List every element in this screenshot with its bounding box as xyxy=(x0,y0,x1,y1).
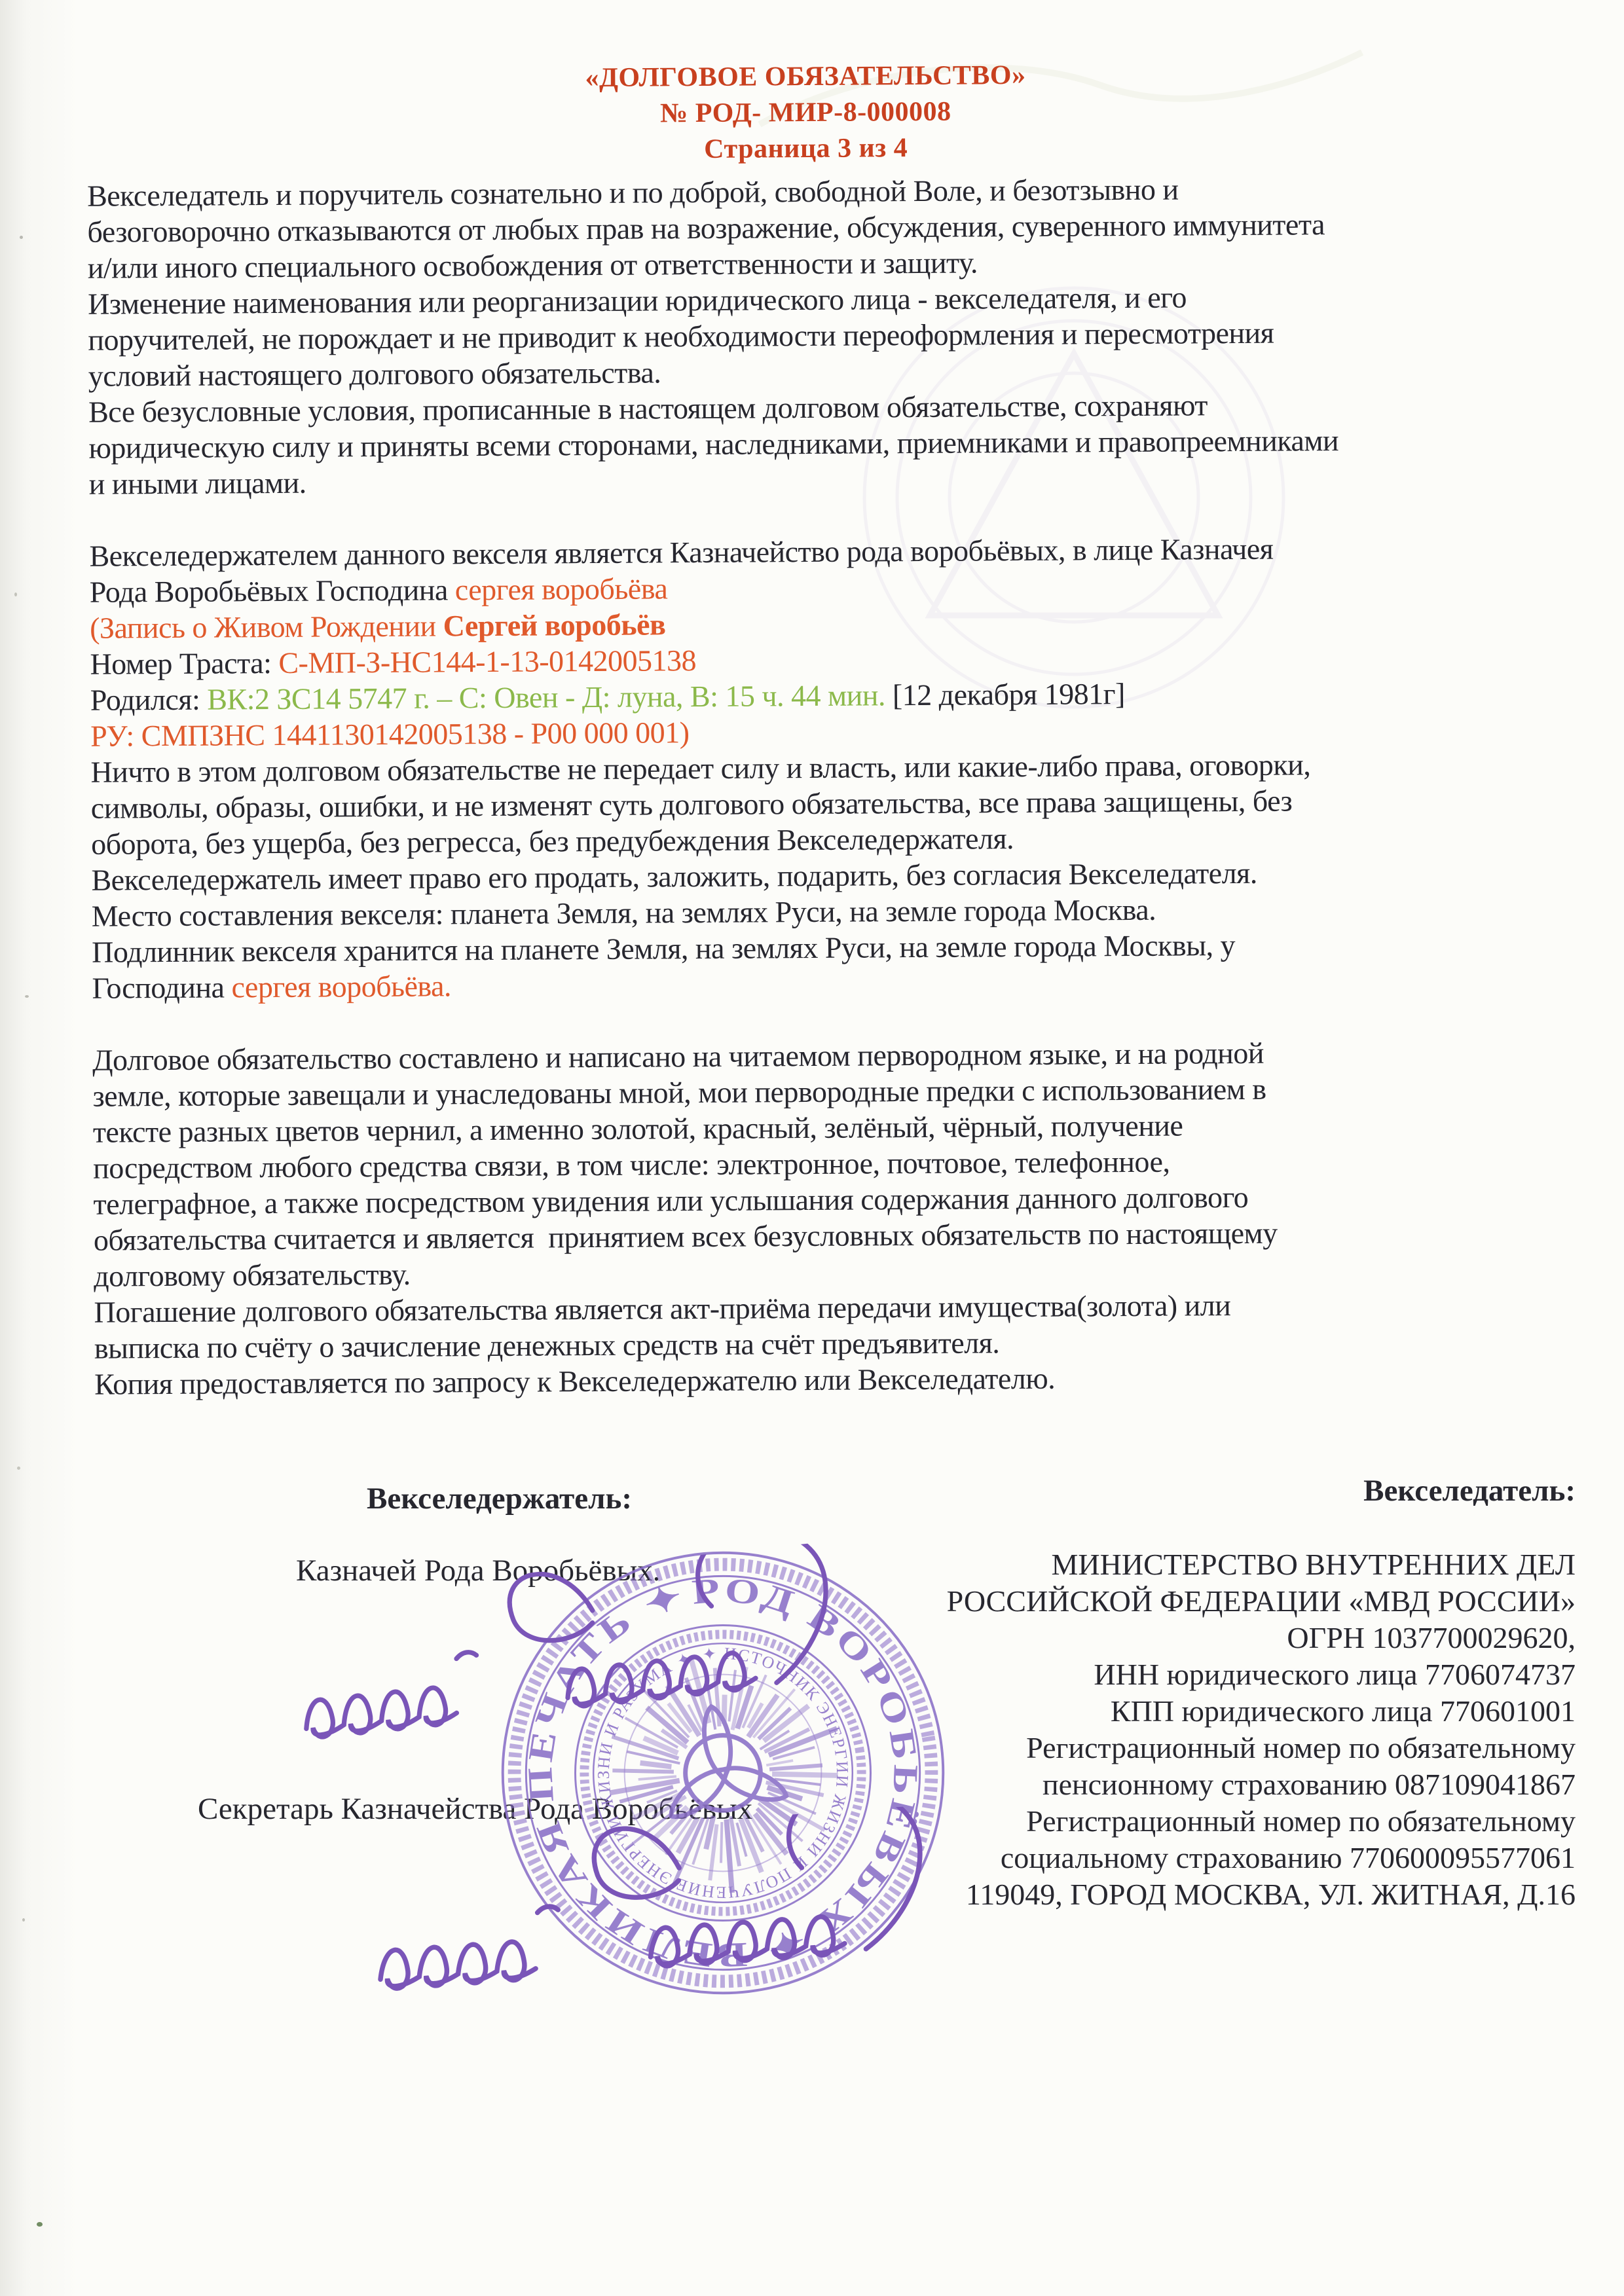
maker-detail-line: МИНИСТЕРСТВО ВНУТРЕННИХ ДЕЛ xyxy=(947,1546,1576,1583)
maker-detail-line: ОГРН 1037700029620, xyxy=(947,1620,1576,1656)
maker-detail-line: КПП юридического лица 770601001 xyxy=(947,1693,1576,1730)
scan-speck xyxy=(25,995,29,998)
maker-detail-line: социальному страхованию 770600095577061 xyxy=(947,1840,1576,1876)
maker-details-column: МИНИСТЕРСТВО ВНУТРЕННИХ ДЕЛРОССИЙСКОЙ ФЕ… xyxy=(947,1546,1576,1913)
holder-heading: Векселедержатель: xyxy=(367,1481,632,1516)
sun-ray xyxy=(766,1760,793,1765)
signature-area: Векселедержатель: Векселедатель: Казначе… xyxy=(0,0,1624,2296)
maker-heading: Векселедатель: xyxy=(1363,1473,1576,1508)
secretary-signature xyxy=(350,1798,1044,2061)
scan-speck xyxy=(22,1918,25,1922)
maker-detail-line: пенсионному страхованию 087109041867 xyxy=(947,1766,1576,1803)
scan-speck xyxy=(14,592,17,596)
maker-detail-line: Регистрационный номер по обязательному xyxy=(947,1730,1576,1766)
green-speck xyxy=(37,2222,43,2227)
scan-speck xyxy=(20,236,23,239)
maker-detail-line: РОССИЙСКОЙ ФЕДЕРАЦИИ «МВД РОССИИ» xyxy=(947,1583,1576,1620)
scan-speck xyxy=(17,1467,20,1470)
maker-detail-line: 119049, ГОРОД МОСКВА, УЛ. ЖИТНАЯ, Д.16 xyxy=(947,1876,1576,1913)
maker-detail-line: ИНН юридического лица 7706074737 xyxy=(947,1656,1576,1693)
maker-detail-line: Регистрационный номер по обязательному xyxy=(947,1803,1576,1840)
